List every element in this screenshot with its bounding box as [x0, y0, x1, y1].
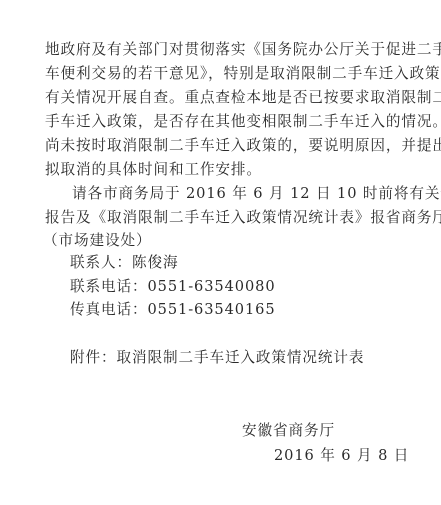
contact-phone: 联系电话：0551-63540080 — [70, 277, 276, 297]
paragraph-line: 地政府及有关部门对贯彻落实《国务院办公厅关于促进二手 — [45, 40, 397, 60]
signature-date: 2016 年 6 月 8 日 — [274, 446, 409, 466]
paragraph-line: （市场建设处） — [43, 231, 151, 251]
paragraph-line: 拟取消的具体时间和工作安排。 — [45, 160, 262, 180]
contact-fax: 传真电话：0551-63540165 — [70, 300, 276, 320]
attachment-note: 附件：取消限制二手车迁入政策情况统计表 — [70, 348, 364, 368]
paragraph-line: 尚未按时取消限制二手车迁入政策的，要说明原因，并提出 — [45, 136, 397, 156]
paragraph-line: 报告及《取消限制二手车迁入政策情况统计表》报省商务厅 — [45, 208, 397, 228]
paragraph-line: 车便利交易的若干意见》，特别是取消限制二手车迁入政策 — [45, 64, 397, 84]
paragraph-line: 请各市商务局于 2016 年 6 月 12 日 10 时前将有关情况 — [72, 184, 397, 204]
contact-person: 联系人：陈俊海 — [70, 253, 178, 273]
paragraph-line: 有关情况开展自查。重点查检本地是否已按要求取消限制二 — [45, 88, 397, 108]
signature-organization: 安徽省商务厅 — [242, 421, 335, 441]
paragraph-line: 手车迁入政策，是否存在其他变相限制二手车迁入的情况。 — [45, 112, 397, 132]
